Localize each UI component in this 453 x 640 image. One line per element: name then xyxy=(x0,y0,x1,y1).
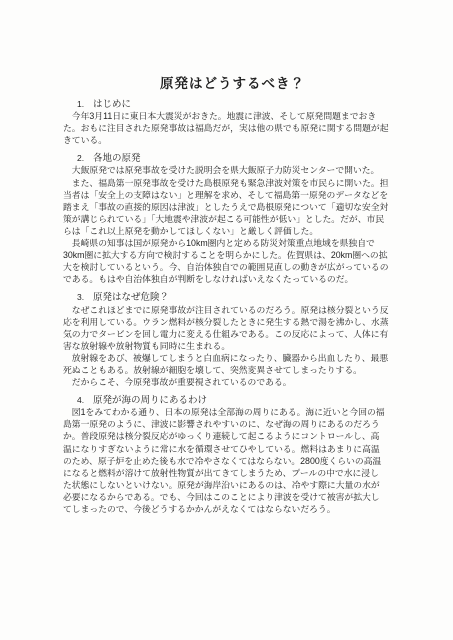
text-line: 踏まえ「事故の直接的原因は津波」としたうえで島根原発について「適切な安全対 xyxy=(63,201,413,213)
text-line: 死ぬこともある。放射線が細胞を壊して、突然変異させてしまったりする。 xyxy=(63,364,413,376)
text-line: てしまったので、今後どうするかかんがえなくてはならないだろう。 xyxy=(63,503,413,515)
text-line: また、福島第一原発事故を受けた島根原発も緊急津波対策を市民らに開いた。担 xyxy=(63,177,413,189)
text-line: 大飯原発では原発事故を受けた説明会を県大飯原子力防災センターで開いた。 xyxy=(63,164,413,176)
section-heading: 3.原発はなぜ危険？ xyxy=(63,291,413,303)
section-heading: 1.はじめに xyxy=(63,98,413,110)
text-line: 放射線をあび、被爆してしまうと白血病になったり、臓器から出血したり、最悪 xyxy=(63,352,413,364)
text-line: になると燃料が溶けて放射性物質が出てきてしまうため、プールの中で水に浸し xyxy=(63,467,413,479)
section-number: 2. xyxy=(77,152,93,164)
text-line: た状態にしないといけない。原発が海岸沿いにあるのは、冷やす際に大量の水が xyxy=(63,479,413,491)
text-line: 今年3月11日に東日本大震災がおきた。地震に津波、そして原発問題までおき xyxy=(63,110,413,122)
text-line: 必要になるからである。でも、今回はこのことにより津波を受けて被害が拡大し xyxy=(63,491,413,503)
section-number: 1. xyxy=(77,98,93,110)
document-section: 1.はじめに 今年3月11日に東日本大震災がおきた。地震に津波、そして原発問題ま… xyxy=(63,98,413,146)
text-line: である。もはや自治体独自が判断をしなければいえなくたっているのだ。 xyxy=(63,273,413,285)
text-line: 温になりすぎないように常に水を循環させてひやしている。燃料はあまりに高温 xyxy=(63,443,413,455)
text-line: 島第一原発のように、津波に影響されやすいのに、なぜ海の周りにあるのだろう xyxy=(63,418,413,430)
text-line: らは「これ以上原発を動かしてほしくない」と厳しく評価した。 xyxy=(63,225,413,237)
document-section: 3.原発はなぜ危険？ なぜこれほどまでに原発事故が注目されているのだろう。原発は… xyxy=(63,291,413,388)
document-section: 4.原発が海の周りにあるわけ 図1をみてわかる通り、日本の原発は全部海の周りにあ… xyxy=(63,394,413,515)
document-body: 1.はじめに 今年3月11日に東日本大震災がおきた。地震に津波、そして原発問題ま… xyxy=(0,98,453,515)
text-line: か。普段原発は核分裂反応がゆっくり連続して起こるようにコントロールし、高 xyxy=(63,430,413,442)
text-line: た。おもに注目された原発事故は福島だが，実は他の県でも原発に関する問題が起 xyxy=(63,122,413,134)
text-line: きている。 xyxy=(63,134,413,146)
text-line: 応を利用している。ウラン燃料が核分裂したときに発生する熱で湯を沸かし、水蒸 xyxy=(63,316,413,328)
section-heading: 4.原発が海の周りにあるわけ xyxy=(63,394,413,406)
text-line: 30km圏に拡大する方向で検討することを明らかにした。佐賀県は、20km圏への拡 xyxy=(63,249,413,261)
section-number: 3. xyxy=(77,291,93,303)
document-title: 原発はどうするべき？ xyxy=(0,0,453,92)
text-line: のため、原子炉を止めた後も水で冷やさなくてはならない。2800度くらいの高温 xyxy=(63,455,413,467)
section-heading: 2.各地の原発 xyxy=(63,152,413,164)
text-line: 当者は「安全上の支障はない」と理解を求め、そして福島第一原発のデータなどを xyxy=(63,189,413,201)
section-title: 原発はなぜ危険？ xyxy=(93,292,169,304)
text-line: 長崎県の知事は国が原発から10km圏内と定める防災対策重点地域を県独自で xyxy=(63,237,413,249)
document-section: 2.各地の原発 大飯原発では原発事故を受けた説明会を県大飯原子力防災センターで開… xyxy=(63,152,413,285)
section-number: 4. xyxy=(77,394,93,406)
text-line: 気の力でタービンを回し電力に変える仕組みである。この反応によって、人体に有 xyxy=(63,328,413,340)
text-line: 図1をみてわかる通り、日本の原発は全部海の周りにある。海に近いと今回の福 xyxy=(63,406,413,418)
scanned-document-page: 原発はどうするべき？ 1.はじめに 今年3月11日に東日本大震災がおきた。地震に… xyxy=(0,0,453,640)
text-line: だからこそ、今原発事故が重要視されているのである。 xyxy=(63,376,413,388)
text-line: なぜこれほどまでに原発事故が注目されているのだろう。原発は核分裂という反 xyxy=(63,304,413,316)
text-line: 大を検討しているという。今、自治体独自での範囲見直しの動きが広がっているの xyxy=(63,261,413,273)
text-line: 策が講じられている」「大地震や津波が起こる可能性が低い」とした。だが、市民 xyxy=(63,213,413,225)
text-line: 害な放射線や放射物質も同時に生まれる。 xyxy=(63,340,413,352)
